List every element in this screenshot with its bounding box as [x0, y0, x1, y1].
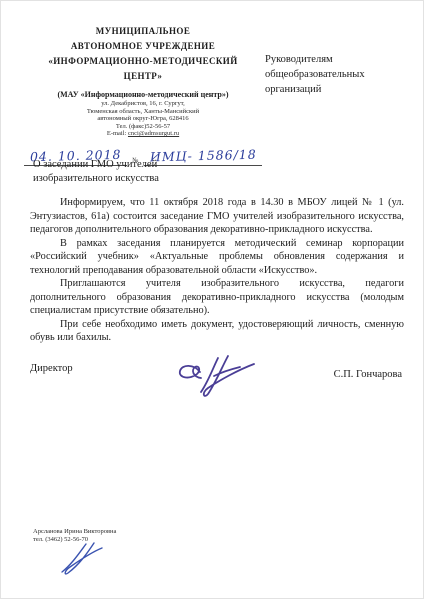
- signer-role: Директор: [30, 363, 73, 374]
- subject-line: О заседании ГМО учителей: [33, 158, 263, 172]
- email-label: E-mail:: [107, 130, 127, 137]
- director-signature: [170, 350, 266, 398]
- letter-body: Информируем, что 11 октября 2018 года в …: [30, 196, 404, 345]
- org-name-line: МУНИЦИПАЛЬНОЕ: [16, 24, 270, 39]
- phone-line: Тел. (факс)52-56-57: [16, 123, 270, 131]
- body-paragraph: При себе необходимо иметь документ, удос…: [30, 318, 404, 345]
- body-paragraph: В рамках заседания планируется методичес…: [30, 237, 404, 278]
- recipient-line: Руководителям: [265, 52, 415, 67]
- letterhead: МУНИЦИПАЛЬНОЕ АВТОНОМНОЕ УЧРЕЖДЕНИЕ «ИНФ…: [16, 24, 270, 166]
- recipient-line: организаций: [265, 82, 415, 97]
- recipient-block: Руководителям общеобразовательных органи…: [265, 52, 415, 97]
- subject-line: изобразительного искусства: [33, 172, 263, 186]
- executor-signature-mark: [52, 540, 112, 576]
- body-paragraph: Информируем, что 11 октября 2018 года в …: [30, 196, 404, 237]
- body-paragraph: Приглашаются учителя изобразительного ис…: [30, 277, 404, 318]
- org-name-line: «ИНФОРМАЦИОННО-МЕТОДИЧЕСКИЙ: [16, 54, 270, 69]
- org-short-name: (МАУ «Информационно-методический центр»): [16, 89, 270, 100]
- email-line: E-mail: cnci@admsurgut.ru: [16, 130, 270, 138]
- signature-row: Директор С.П. Гончарова: [30, 360, 404, 400]
- email-link[interactable]: cnci@admsurgut.ru: [128, 130, 179, 137]
- org-name-line: ЦЕНТР»: [16, 69, 270, 84]
- letter-page: МУНИЦИПАЛЬНОЕ АВТОНОМНОЕ УЧРЕЖДЕНИЕ «ИНФ…: [0, 0, 424, 599]
- org-name-line: АВТОНОМНОЕ УЧРЕЖДЕНИЕ: [16, 39, 270, 54]
- executor-name: Арсланова Ирина Викторовна: [33, 528, 116, 536]
- address-line: автономный округ-Югра, 628416: [16, 115, 270, 123]
- recipient-line: общеобразовательных: [265, 67, 415, 82]
- address-line: Тюменская область, Ханты-Мансийский: [16, 108, 270, 116]
- subject-block: О заседании ГМО учителей изобразительног…: [33, 158, 263, 186]
- signer-name: С.П. Гончарова: [334, 369, 402, 380]
- address-line: ул. Декабристов, 16, г. Сургут,: [16, 100, 270, 108]
